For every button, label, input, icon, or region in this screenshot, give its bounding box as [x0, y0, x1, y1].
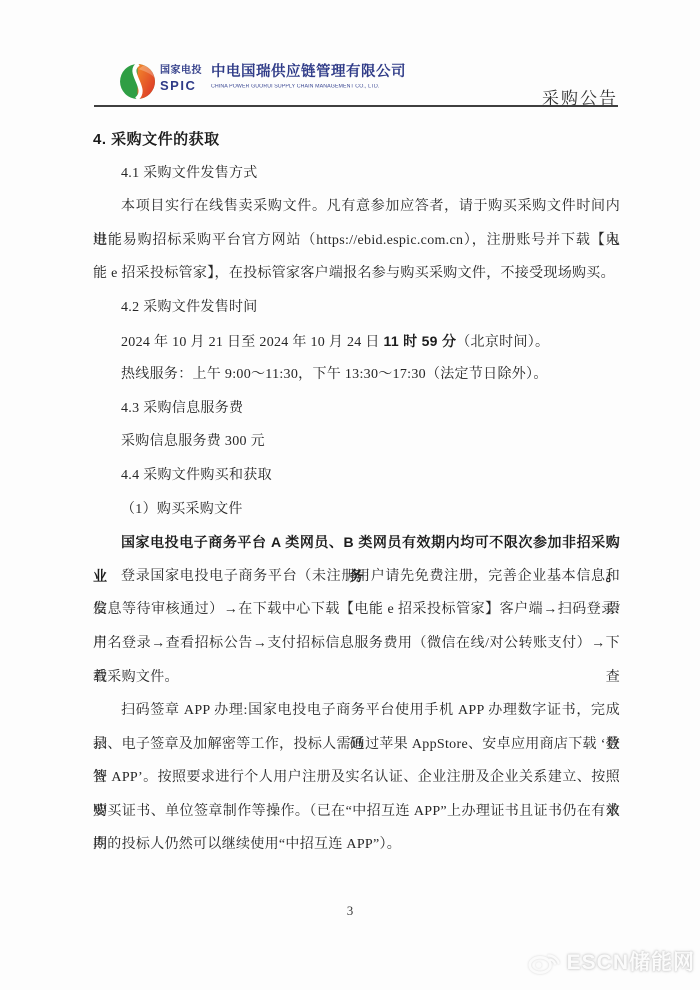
section-heading: 4. 采购文件的获取: [93, 123, 620, 157]
document-page: 国家电投 SPIC 中电国瑞供应链管理有限公司 CHINA POWER GUOR…: [0, 0, 700, 990]
sale-time-pre: 2024 年 10 月 21 日至 2024 年 10 月 24 日: [121, 335, 384, 350]
hotline-line: 热线服务：上午 9:00～11:30，下午 13:30～17:30（法定节日除外…: [93, 358, 620, 392]
paragraph-line: 签 APP’。按照要求进行个人用户注册及实名认证、企业注册及企业关系建立、按照要…: [93, 761, 620, 795]
service-fee-line: 采购信息服务费 300 元: [93, 425, 620, 459]
weibo-icon: [528, 947, 564, 975]
company-name-block: 中电国瑞供应链管理有限公司 CHINA POWER GUORUI SUPPLY …: [211, 65, 406, 90]
bold-notice-line: 国家电投电子商务平台 A 类网员、B 类网员有效期内均可不限次参加非招采购业务。: [93, 526, 620, 560]
paragraph-line: 登录国家电投电子商务平台（未注册用户请先免费注册，完善企业基本信息和发票: [93, 560, 620, 594]
page-number: 3: [0, 903, 700, 919]
paragraph-line: 录、电子签章及加解密等工作，投标人需通过苹果 AppStore、安卓应用商店下载…: [93, 728, 620, 762]
brand-text: 国家电投 SPIC: [160, 66, 202, 92]
watermark: ESCN储能网: [528, 946, 695, 976]
sale-time-line: 2024 年 10 月 21 日至 2024 年 10 月 24 日 11 时 …: [93, 325, 620, 359]
paragraph-line: 能 e 招采投标管家】，在投标管家客户端报名参与购买采购文件，不接受现场购买。: [93, 257, 620, 291]
paragraph-line: 本项目实行在线售卖采购文件。凡有意参加应答者，请于购买采购文件时间内进入: [93, 190, 620, 224]
paragraph-line: 户名登录→查看招标公告→支付招标信息服务费用（微信在线/对公转账支付）→下载查: [93, 627, 620, 661]
paragraph-line: 内的投标人仍然可以继续使用“中招互连 APP”）。: [93, 828, 620, 862]
subsection-4-3-title: 4.3 采购信息服务费: [93, 392, 620, 426]
paragraph-line: 扫码签章 APP 办理:国家电投电子商务平台使用手机 APP 办理数字证书，完成…: [93, 694, 620, 728]
subsection-4-2-title: 4.2 采购文件发售时间: [93, 291, 620, 325]
company-name-en: CHINA POWER GUORUI SUPPLY CHAIN MANAGEME…: [211, 84, 383, 89]
company-name-cn: 中电国瑞供应链管理有限公司: [211, 65, 406, 80]
spic-globe-icon: [119, 63, 156, 100]
company-logo: 国家电投 SPIC 中电国瑞供应链管理有限公司 CHINA POWER GUOR…: [119, 63, 406, 100]
subsection-4-4-title: 4.4 采购文件购买和获取: [93, 459, 620, 493]
brand-name-en: SPIC: [160, 79, 202, 92]
document-header: 国家电投 SPIC 中电国瑞供应链管理有限公司 CHINA POWER GUOR…: [0, 0, 700, 110]
subsection-4-1-title: 4.1 采购文件发售方式: [93, 157, 620, 191]
sale-time-deadline: 11 时 59 分: [384, 333, 457, 349]
paragraph-line: 购买证书、单位签章制作等操作。（已在“中招互连 APP”上办理证书且证书仍在有效…: [93, 795, 620, 829]
brand-name-cn: 国家电投: [160, 66, 202, 76]
item-1-label: （1）购买采购文件: [93, 493, 620, 527]
sale-time-post: （北京时间）。: [456, 335, 549, 350]
document-body: 4. 采购文件的获取 4.1 采购文件发售方式 本项目实行在线售卖采购文件。凡有…: [93, 123, 620, 862]
header-divider: [94, 105, 618, 107]
paragraph-line: 电能易购招标采购平台官方网站（https://ebid.espic.com.cn…: [93, 224, 620, 258]
watermark-text: ESCN储能网: [567, 946, 695, 976]
paragraph-line: 信息等待审核通过）→在下载中心下载【电能 e 招采投标管家】客户端→扫码登录/用: [93, 593, 620, 627]
